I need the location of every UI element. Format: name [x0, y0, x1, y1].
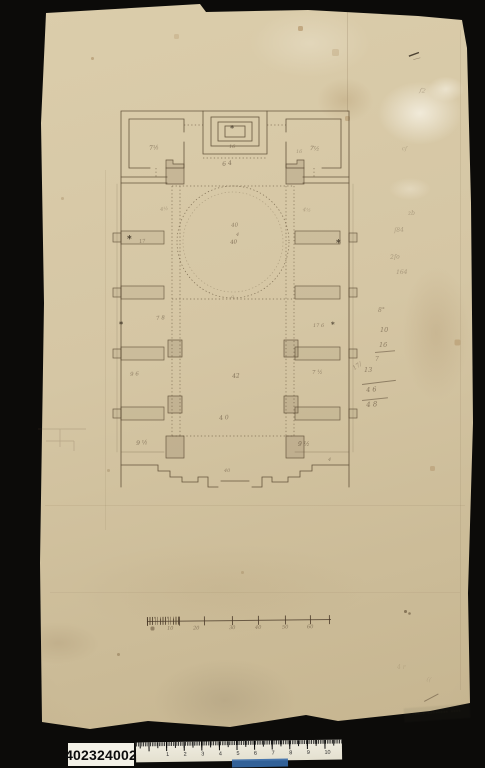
ruler-number: 4 [219, 751, 222, 757]
scale-bar-tick [147, 617, 148, 626]
catalog-number-label: 402324002 [68, 743, 134, 766]
scale-bar-tick [232, 616, 233, 625]
plan-chapel-walls [113, 231, 357, 420]
scale-bar-tick [285, 616, 286, 625]
marginal-sketch [34, 415, 94, 455]
ruler-number: 8 [289, 750, 292, 756]
ruler-number: 5 [236, 751, 239, 757]
scale-bar-tick [204, 616, 205, 625]
scale-bar: 102030405060 [145, 611, 337, 635]
scale-bar-tick [329, 615, 330, 624]
stamp-marks: ····· ········ ···· [412, 708, 462, 717]
ruler-number: 6 [254, 751, 257, 757]
scale-bar-label: 60 [307, 624, 313, 630]
plan-piers [166, 160, 304, 458]
ruler-number: 2 [184, 752, 187, 758]
paper-crease [347, 12, 348, 112]
color-calibration-patch [232, 759, 288, 768]
paper-crease [50, 592, 460, 593]
scale-bar-label: 10 [167, 626, 173, 632]
paper-crease [105, 170, 106, 530]
catalog-number-text: 402324002 [65, 747, 137, 763]
scale-bar-label: 20 [193, 625, 199, 631]
scale-bar-label: 40 [255, 625, 261, 631]
ruler-number: 10 [324, 750, 330, 756]
ruler-number: 1 [166, 752, 169, 758]
floor-plan-drawing [108, 100, 358, 495]
photo-stage: 7½7½*166 41640440*17*4½4½a*7 8*17 69 67 … [0, 0, 485, 768]
ruler-number: 9 [307, 750, 310, 756]
ruler-number: 7 [272, 751, 275, 757]
foxing-specks [0, 0, 1, 1]
scale-bar-tick [179, 617, 180, 626]
ruler-number: 3 [201, 751, 204, 757]
scale-bar-label: 30 [229, 625, 235, 631]
scale-bar-tick [310, 615, 311, 624]
scale-bar-tick [258, 616, 259, 625]
paper-crease [460, 30, 461, 690]
scale-bar-label: 50 [282, 625, 288, 631]
paper-crease [45, 505, 465, 506]
